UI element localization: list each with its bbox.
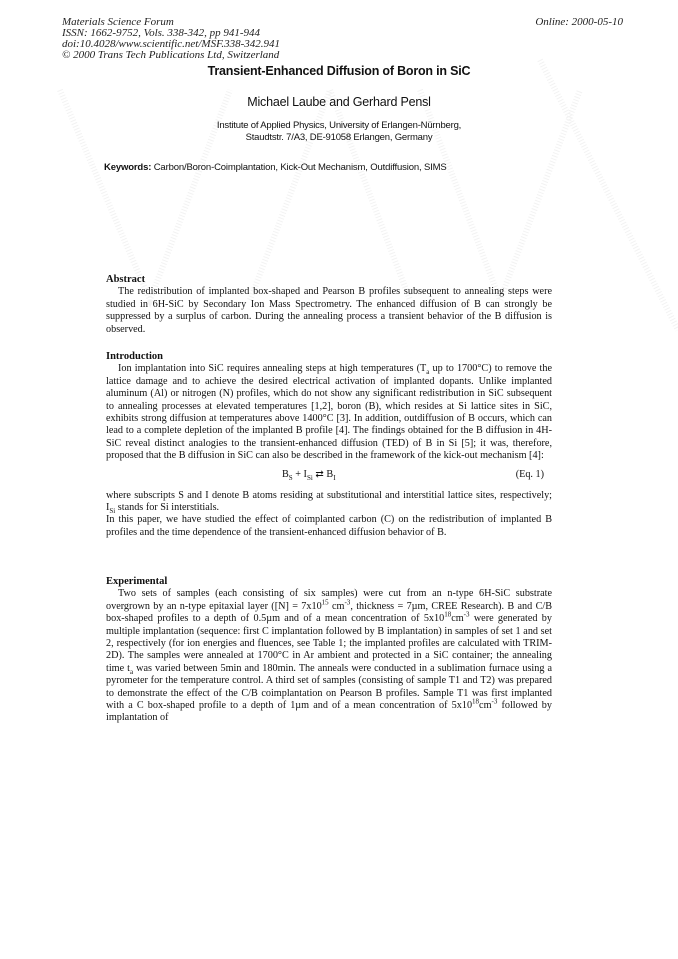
- affiliation: Institute of Applied Physics, University…: [0, 120, 678, 144]
- abstract-text: The redistribution of implanted box-shap…: [106, 286, 552, 336]
- introduction-heading: Introduction: [106, 351, 552, 363]
- keywords-label: Keywords:: [104, 162, 151, 173]
- abstract-section: Abstract The redistribution of implanted…: [106, 274, 552, 336]
- keywords: Keywords: Carbon/Boron-Coimplantation, K…: [104, 162, 447, 173]
- experimental-heading: Experimental: [106, 576, 552, 588]
- equilibrium-arrow-icon: ⇄: [313, 469, 327, 480]
- introduction-paragraph-1: Ion implantation into SiC requires annea…: [106, 363, 552, 462]
- online-date: Online: 2000-05-10: [535, 17, 623, 28]
- copyright-line: © 2000 Trans Tech Publications Ltd, Swit…: [62, 50, 280, 61]
- paper-page: Materials Science Forum ISSN: 1662-9752,…: [0, 0, 678, 959]
- experimental-paragraph: Two sets of samples (each consisting of …: [106, 588, 552, 724]
- equation-1: BS + ISi ⇄ BI (Eq. 1): [106, 467, 552, 487]
- paper-authors: Michael Laube and Gerhard Pensl: [0, 95, 678, 109]
- keywords-list: Carbon/Boron-Coimplantation, Kick-Out Me…: [154, 162, 447, 173]
- abstract-heading: Abstract: [106, 274, 552, 286]
- affiliation-line-1: Institute of Applied Physics, University…: [0, 120, 678, 132]
- paper-title: Transient-Enhanced Diffusion of Boron in…: [0, 64, 678, 78]
- equation-number: (Eq. 1): [516, 469, 544, 481]
- introduction-paragraph-2: where subscripts S and I denote B atoms …: [106, 490, 552, 515]
- equation-expression: BS + ISi ⇄ BI: [282, 469, 336, 481]
- journal-header: Materials Science Forum ISSN: 1662-9752,…: [62, 17, 280, 61]
- introduction-section: Introduction Ion implantation into SiC r…: [106, 351, 552, 539]
- introduction-paragraph-3: In this paper, we have studied the effec…: [106, 514, 552, 539]
- experimental-section: Experimental Two sets of samples (each c…: [106, 576, 552, 725]
- affiliation-line-2: Staudtstr. 7/A3, DE-91058 Erlangen, Germ…: [0, 132, 678, 144]
